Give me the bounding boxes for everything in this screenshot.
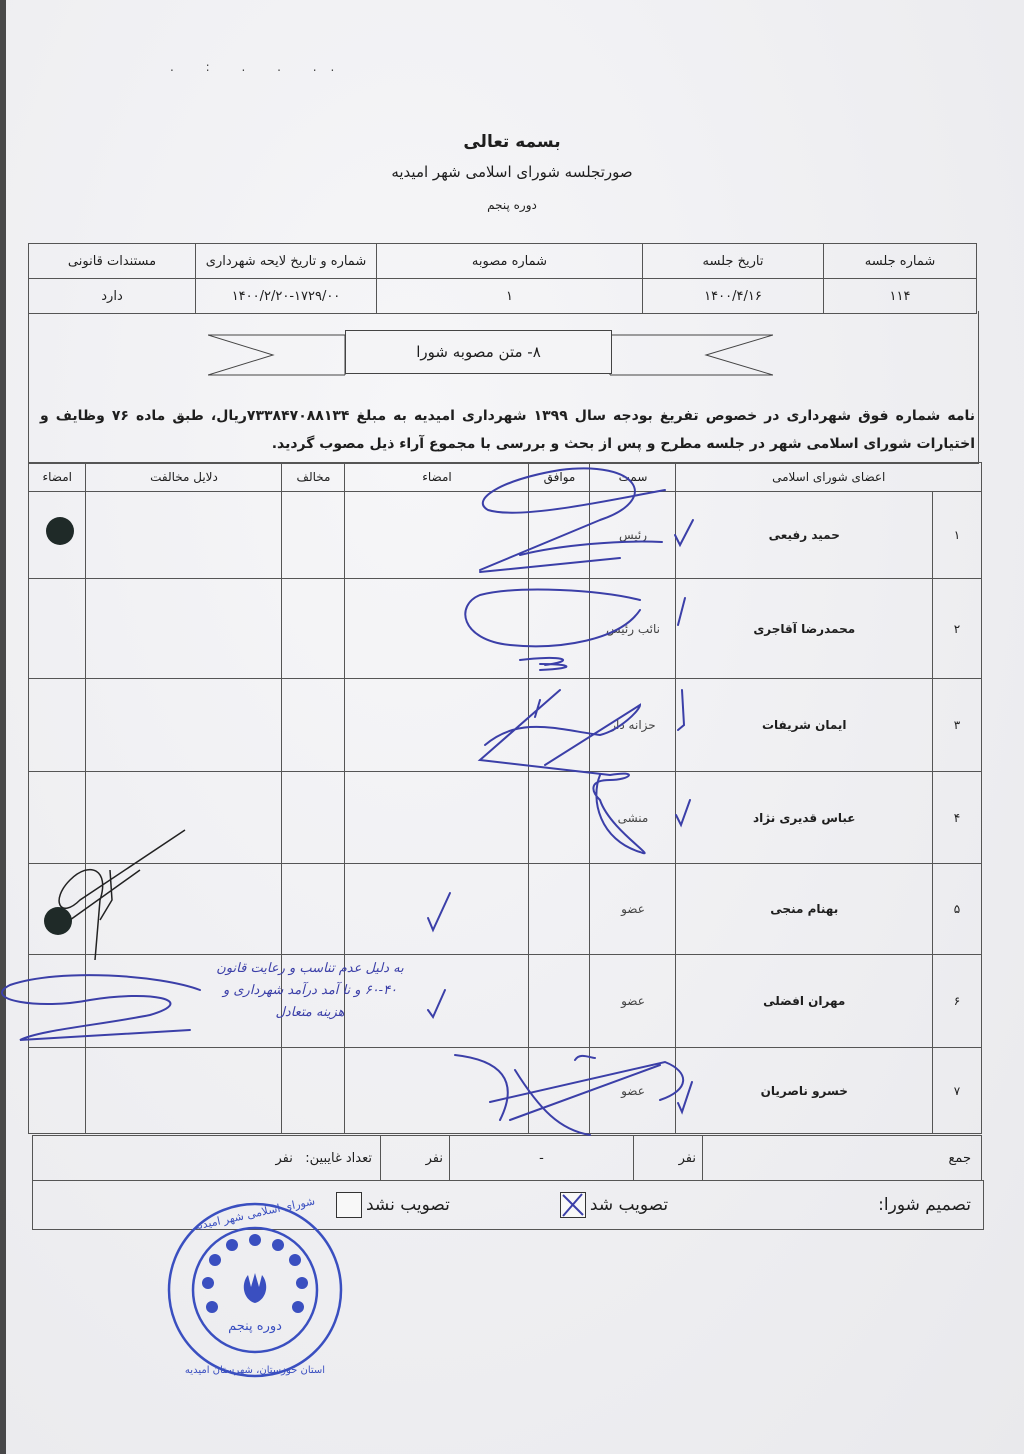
absent-unit: نفر [275, 1151, 292, 1166]
signature-cell-2 [29, 955, 86, 1048]
resolution-text: نامه شماره فوق شهرداری در خصوص تفریغ بود… [40, 402, 975, 458]
opposition-reason-handwritten: به دلیل عدم تناسب و رعایت قانون ۴۰-۶۰ و … [215, 958, 405, 1024]
bill-number-date: ۱۴۰۰/۲/۲۰-۱۷۲۹/۰۰ [196, 279, 377, 314]
rejected-checkbox[interactable] [336, 1192, 362, 1218]
x-mark-icon [560, 1192, 586, 1218]
signature-cell-2 [29, 864, 86, 955]
signature-cell [345, 772, 529, 864]
member-name: عباس قدیری نژاد [676, 772, 933, 864]
header-signature-2: امضاء [29, 463, 86, 492]
agree-cell [529, 679, 590, 772]
approved-checkbox[interactable] [560, 1192, 586, 1218]
member-name: بهنام منجی [676, 864, 933, 955]
signature-cell [345, 579, 529, 679]
legal-documents: دارد [29, 279, 196, 314]
info-value-row: ۱۱۴ ۱۴۰۰/۴/۱۶ ۱ ۱۴۰۰/۲/۲۰-۱۷۲۹/۰۰ دارد [29, 279, 977, 314]
scan-edge [0, 0, 6, 1454]
approved-option[interactable]: تصویب شد [560, 1192, 668, 1218]
agree-cell [529, 772, 590, 864]
term-label: دوره پنجم [0, 198, 1024, 212]
header-members: اعضای شورای اسلامی [676, 463, 982, 492]
signature-cell-2 [29, 579, 86, 679]
header-role: سمت [590, 463, 676, 492]
table-row: ۴ عباس قدیری نژاد منشی [29, 772, 982, 864]
oppose-cell [282, 579, 345, 679]
reason-cell [86, 772, 282, 864]
resolution-number: ۱ [377, 279, 643, 314]
signature-cell-2 [29, 679, 86, 772]
member-role: عضو [590, 864, 676, 955]
summary-row: جمع نفر - نفر تعداد غایبین: نفر [33, 1136, 982, 1181]
member-number: ۳ [933, 679, 982, 772]
oppose-total: نفر [381, 1136, 450, 1181]
signature-cell [345, 679, 529, 772]
member-name: ایمان شریفات [676, 679, 933, 772]
header-session-number: شماره جلسه [824, 244, 977, 279]
member-role: نائب رئیس [590, 579, 676, 679]
oppose-cell [282, 1048, 345, 1134]
oppose-cell [282, 679, 345, 772]
votes-header-row: اعضای شورای اسلامی سمت موافق امضاء مخالف… [29, 463, 982, 492]
header-legal-documents: مستندات قانونی [29, 244, 196, 279]
oppose-cell [282, 772, 345, 864]
approved-label: تصویب شد [590, 1195, 668, 1215]
agree-total: نفر [634, 1136, 703, 1181]
total-dash: - [450, 1136, 634, 1181]
table-row: ۳ ایمان شریفات حزانه دار [29, 679, 982, 772]
signature-cell [345, 492, 529, 579]
page-title: صورتجلسه شورای اسلامی شهر امیدیه [0, 163, 1024, 181]
votes-table: اعضای شورای اسلامی سمت موافق امضاء مخالف… [28, 462, 982, 1134]
absent-count: تعداد غایبین: نفر [33, 1136, 381, 1181]
scan-noise: . : . . .. [170, 60, 348, 74]
table-row: ۱ حمید رفیعی رئیس [29, 492, 982, 579]
member-name: حمید رفیعی [676, 492, 933, 579]
oppose-cell [282, 492, 345, 579]
agree-cell [529, 955, 590, 1048]
reason-cell [86, 864, 282, 955]
rejected-option[interactable]: تصویب نشد [336, 1192, 450, 1218]
table-row: ۶ مهران افضلی عضو [29, 955, 982, 1048]
member-name: مهران افضلی [676, 955, 933, 1048]
oppose-cell [282, 864, 345, 955]
info-header-row: شماره جلسه تاریخ جلسه شماره مصوبه شماره … [29, 244, 977, 279]
signature-cell [345, 1048, 529, 1134]
section-title: ۸- متن مصوبه شورا [345, 330, 612, 374]
member-number: ۲ [933, 579, 982, 679]
signature-cell-2 [29, 492, 86, 579]
absent-label: تعداد غایبین: [305, 1151, 372, 1166]
session-date: ۱۴۰۰/۴/۱۶ [643, 279, 824, 314]
header-oppose: مخالف [282, 463, 345, 492]
reason-cell [86, 492, 282, 579]
member-number: ۶ [933, 955, 982, 1048]
section-title-text: ۸- متن مصوبه شورا [416, 343, 541, 361]
member-name: خسرو ناصریان [676, 1048, 933, 1134]
table-row: ۵ بهنام منجی عضو [29, 864, 982, 955]
total-label: جمع [703, 1136, 982, 1181]
signature-cell-2 [29, 1048, 86, 1134]
table-row: ۷ خسرو ناصریان عضو [29, 1048, 982, 1134]
summary-table: جمع نفر - نفر تعداد غایبین: نفر [32, 1135, 982, 1181]
rejected-label: تصویب نشد [366, 1195, 450, 1215]
header-bill-number-date: شماره و تاریخ لایحه شهرداری [196, 244, 377, 279]
council-decision: تصمیم شورا: تصویب شد تصویب نشد [32, 1180, 984, 1230]
reason-cell [86, 579, 282, 679]
agree-cell [529, 864, 590, 955]
session-number: ۱۱۴ [824, 279, 977, 314]
member-role: عضو [590, 1048, 676, 1134]
decision-label: تصمیم شورا: [878, 1195, 971, 1215]
member-number: ۱ [933, 492, 982, 579]
invocation: بسمه تعالی [0, 132, 1024, 152]
agree-cell [529, 1048, 590, 1134]
agree-cell [529, 579, 590, 679]
header-reasons: دلایل مخالفت [86, 463, 282, 492]
member-number: ۷ [933, 1048, 982, 1134]
table-row: ۲ محمدرضا آقاجری نائب رئیس [29, 579, 982, 679]
header-agree: موافق [529, 463, 590, 492]
member-role: عضو [590, 955, 676, 1048]
member-role: منشی [590, 772, 676, 864]
member-role: حزانه دار [590, 679, 676, 772]
signature-cell [345, 864, 529, 955]
reason-cell [86, 1048, 282, 1134]
header-signature: امضاء [345, 463, 529, 492]
info-table: شماره جلسه تاریخ جلسه شماره مصوبه شماره … [28, 243, 977, 314]
signature-cell-2 [29, 772, 86, 864]
header-session-date: تاریخ جلسه [643, 244, 824, 279]
member-number: ۵ [933, 864, 982, 955]
member-role: رئیس [590, 492, 676, 579]
header-resolution-number: شماره مصوبه [377, 244, 643, 279]
member-name: محمدرضا آقاجری [676, 579, 933, 679]
member-number: ۴ [933, 772, 982, 864]
agree-cell [529, 492, 590, 579]
reason-cell [86, 679, 282, 772]
